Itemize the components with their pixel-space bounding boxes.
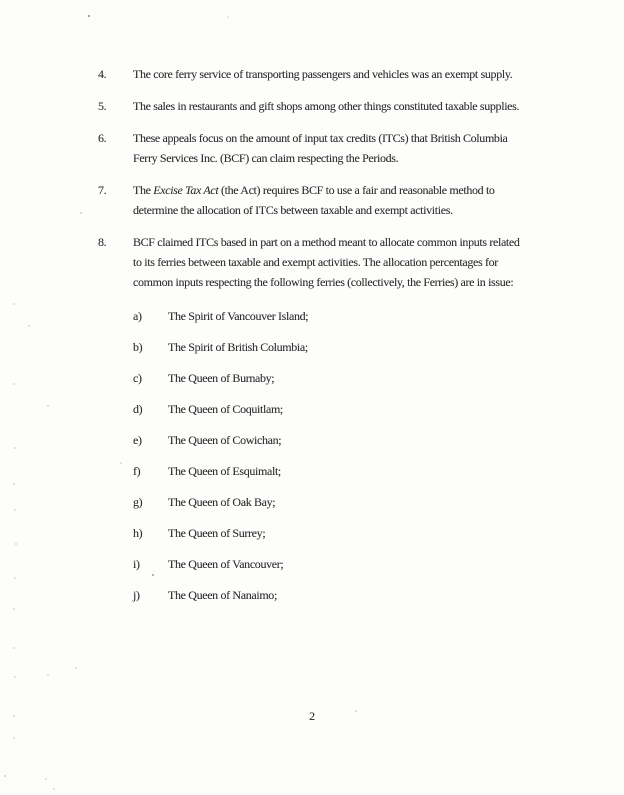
paragraph-text: BCF claimed ITCs based in part on a meth…: [133, 232, 527, 292]
list-item: b) The Spirit of British Columbia;: [133, 337, 527, 357]
list-item: d) The Queen of Coquitlam;: [133, 399, 527, 419]
paragraph-text-segment: The: [133, 183, 153, 197]
list-item: c) The Queen of Burnaby;: [133, 368, 527, 388]
scan-speckles: [0, 0, 2, 2]
list-item: h) The Queen of Surrey;: [133, 523, 527, 543]
document-page: 4. The core ferry service of transportin…: [0, 0, 624, 795]
paragraph-number: 5.: [98, 96, 133, 116]
paragraph-text: These appeals focus on the amount of inp…: [133, 128, 527, 168]
list-item-letter: c): [133, 368, 168, 388]
list-item-text: The Spirit of Vancouver Island;: [168, 306, 308, 326]
list-item-letter: d): [133, 399, 168, 419]
list-item: a) The Spirit of Vancouver Island;: [133, 306, 527, 326]
paragraph-7: 7. The Excise Tax Act (the Act) requires…: [98, 180, 527, 220]
paragraph-text: The core ferry service of transporting p…: [133, 64, 527, 84]
list-item-letter: f): [133, 461, 168, 481]
list-item-text: The Queen of Vancouver;: [168, 554, 283, 574]
ferry-list: a) The Spirit of Vancouver Island; b) Th…: [133, 306, 527, 605]
paragraph-4: 4. The core ferry service of transportin…: [98, 64, 527, 84]
list-item-letter: b): [133, 337, 168, 357]
list-item: i) The Queen of Vancouver;: [133, 554, 527, 574]
page-number: 2: [0, 706, 624, 726]
list-item: e) The Queen of Cowichan;: [133, 430, 527, 450]
paragraph-text: The Excise Tax Act (the Act) requires BC…: [133, 180, 527, 220]
list-item-text: The Queen of Cowichan;: [168, 430, 281, 450]
list-item-text: The Queen of Burnaby;: [168, 368, 274, 388]
list-item-letter: a): [133, 306, 168, 326]
paragraph-text: The sales in restaurants and gift shops …: [133, 96, 527, 116]
list-item-text: The Queen of Surrey;: [168, 523, 265, 543]
paragraph-number: 6.: [98, 128, 133, 148]
list-item-letter: g): [133, 492, 168, 512]
list-item-text: The Queen of Coquitlam;: [168, 399, 283, 419]
paragraph-5: 5. The sales in restaurants and gift sho…: [98, 96, 527, 116]
paragraph-number: 8.: [98, 232, 133, 252]
list-item-text: The Queen of Nanaimo;: [168, 585, 277, 605]
list-item-letter: j): [133, 585, 168, 605]
page-body: 4. The core ferry service of transportin…: [98, 64, 527, 616]
list-item-text: The Queen of Esquimalt;: [168, 461, 281, 481]
list-item-text: The Queen of Oak Bay;: [168, 492, 275, 512]
list-item-letter: h): [133, 523, 168, 543]
paragraph-8: 8. BCF claimed ITCs based in part on a m…: [98, 232, 527, 292]
list-item-text: The Spirit of British Columbia;: [168, 337, 308, 357]
statute-name-italic: Excise Tax Act: [153, 183, 218, 197]
list-item-letter: i): [133, 554, 168, 574]
paragraph-number: 4.: [98, 64, 133, 84]
list-item: f) The Queen of Esquimalt;: [133, 461, 527, 481]
paragraph-6: 6. These appeals focus on the amount of …: [98, 128, 527, 168]
list-item: g) The Queen of Oak Bay;: [133, 492, 527, 512]
list-item-letter: e): [133, 430, 168, 450]
paragraph-number: 7.: [98, 180, 133, 200]
list-item: j) The Queen of Nanaimo;: [133, 585, 527, 605]
